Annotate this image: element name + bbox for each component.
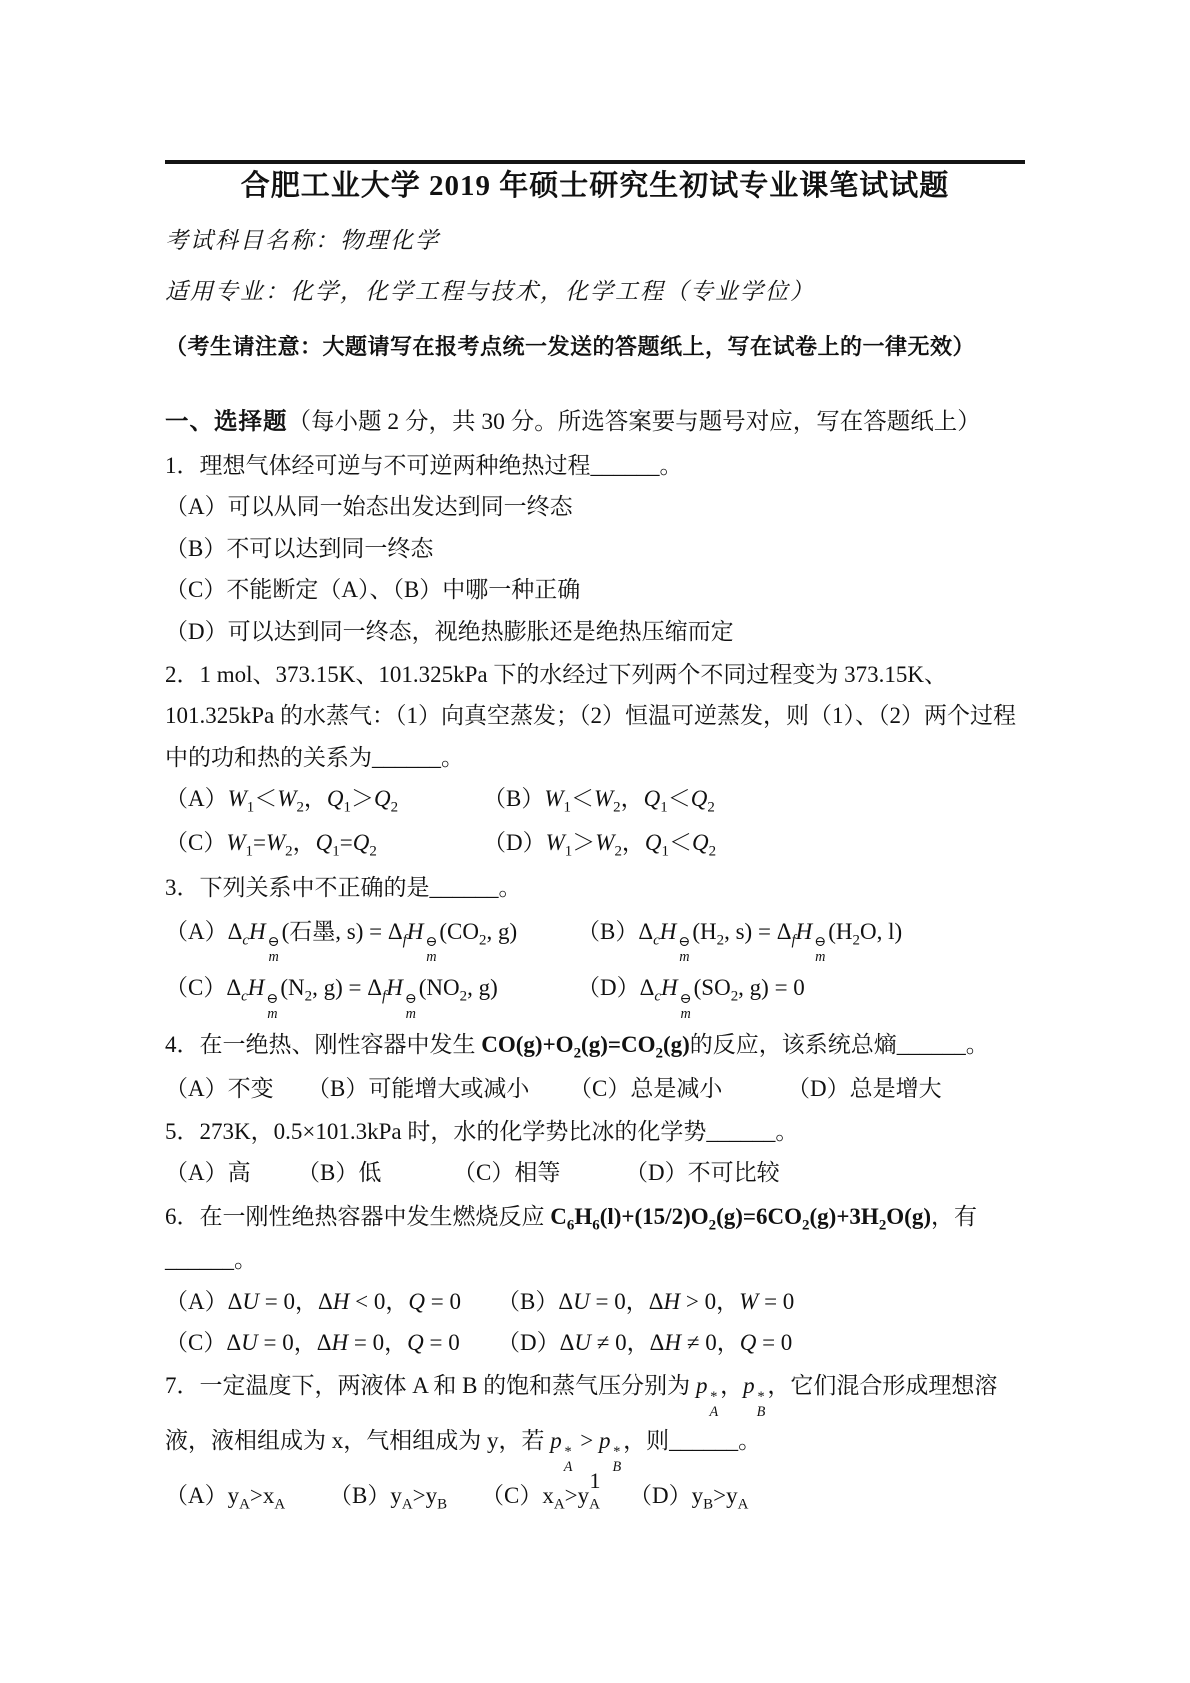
question-5-option-b: （B）低 [297,1152,453,1193]
page-content: 合肥工业大学 2019 年硕士研究生初试专业课笔试试题 考试科目名称：物理化学 … [165,160,1025,1518]
question-7-stem: 7．一定温度下，两液体 A 和 B 的饱和蒸气压分别为 p*A，p*B，它们混合… [165,1365,1025,1475]
question-2-stem: 2．1 mol、373.15K、101.325kPa 下的水经过下列两个不同过程… [165,654,1025,778]
majors-line: 适用专业：化学，化学工程与技术，化学工程（专业学位） [165,276,1025,308]
page-title: 合肥工业大学 2019 年硕士研究生初试专业课笔试试题 [165,168,1025,206]
question-6-option-c: （C）ΔU = 0，ΔH = 0，Q = 0 [165,1322,497,1363]
page-number: 1 [0,1468,1190,1494]
question-2-option-a: （A）W1＜W2，Q1＞Q2 [165,778,483,822]
question-5-option-c: （C）相等 [453,1152,625,1193]
question-1-option-d: （D）可以达到同一终态，视绝热膨胀还是绝热压缩而定 [165,611,1025,652]
question-5-option-d: （D）不可比较 [625,1152,1025,1193]
question-5-options: （A）高 （B）低 （C）相等 （D）不可比较 [165,1152,1025,1193]
question-4-option-c: （C）总是减小 [569,1068,787,1109]
exam-paper-page: 合肥工业大学 2019 年硕士研究生初试专业课笔试试题 考试科目名称：物理化学 … [0,0,1190,1683]
question-2-option-d: （D）W1＞W2，Q1＜Q2 [483,822,1025,866]
question-1-option-a: （A）可以从同一始态出发达到同一终态 [165,486,1025,527]
question-3-stem: 3．下列关系中不正确的是______。 [165,867,1025,908]
question-4-options: （A）不变 （B）可能增大或减小 （C）总是减小 （D）总是增大 [165,1068,1025,1109]
question-3-options: （A）ΔcH⊖m(石墨, s) = ΔfH⊖m(CO2, g) （B）ΔcH⊖m… [165,909,1025,1023]
question-1-stem: 1．理想气体经可逆与不可逆两种绝热过程______。 [165,445,1025,486]
question-4: 4．在一绝热、刚性容器中发生 CO(g)+O2(g)=CO2(g)的反应，该系统… [165,1024,1025,1109]
question-5: 5．273K，0.5×101.3kPa 时，水的化学势比冰的化学势______。… [165,1111,1025,1194]
header-rule [165,160,1025,164]
question-4-option-d: （D）总是增大 [787,1068,1025,1109]
question-6-option-d: （D）ΔU ≠ 0，ΔH ≠ 0，Q = 0 [497,1322,1025,1363]
question-6-option-a: （A）ΔU = 0，ΔH < 0，Q = 0 [165,1281,497,1322]
question-3-option-d: （D）ΔcH⊖m(SO2, g) = 0 [577,965,1025,1022]
question-2-options: （A）W1＜W2，Q1＞Q2 （B）W1＜W2，Q1＜Q2 （C）W1=W2，Q… [165,778,1025,865]
question-4-option-a: （A）不变 [165,1068,307,1109]
question-2-option-b: （B）W1＜W2，Q1＜Q2 [483,778,1025,822]
subject-line: 考试科目名称：物理化学 [165,225,1025,257]
question-1-option-b: （B）不可以达到同一终态 [165,528,1025,569]
question-6-stem: 6．在一刚性绝热容器中发生燃烧反应 C6H6(l)+(15/2)O2(g)=6C… [165,1196,1025,1281]
question-3-option-a: （A）ΔcH⊖m(石墨, s) = ΔfH⊖m(CO2, g) [165,909,577,966]
question-6-option-b: （B）ΔU = 0，ΔH > 0，W = 0 [497,1281,1025,1322]
question-4-stem: 4．在一绝热、刚性容器中发生 CO(g)+O2(g)=CO2(g)的反应，该系统… [165,1024,1025,1068]
question-1-option-c: （C）不能断定（A）、（B）中哪一种正确 [165,569,1025,610]
section-heading-rest: （每小题 2 分，共 30 分。所选答案要与题号对应，写在答题纸上） [288,409,981,435]
notice-line: （考生请注意：大题请写在报考点统一发送的答题纸上，写在试卷上的一律无效） [165,330,1025,361]
question-6-options: （A）ΔU = 0，ΔH < 0，Q = 0 （B）ΔU = 0，ΔH > 0，… [165,1281,1025,1364]
question-3-option-c: （C）ΔcH⊖m(N2, g) = ΔfH⊖m(NO2, g) [165,965,577,1022]
question-3-option-b: （B）ΔcH⊖m(H2, s) = ΔfH⊖m(H2O, l) [577,909,1025,966]
question-4-option-b: （B）可能增大或减小 [307,1068,569,1109]
question-2: 2．1 mol、373.15K、101.325kPa 下的水经过下列两个不同过程… [165,654,1025,865]
question-2-option-c: （C）W1=W2，Q1=Q2 [165,822,483,866]
section-heading: 一、选择题（每小题 2 分，共 30 分。所选答案要与题号对应，写在答题纸上） [165,403,1025,443]
question-6: 6．在一刚性绝热容器中发生燃烧反应 C6H6(l)+(15/2)O2(g)=6C… [165,1196,1025,1364]
question-3: 3．下列关系中不正确的是______。 （A）ΔcH⊖m(石墨, s) = Δf… [165,867,1025,1022]
question-7: 7．一定温度下，两液体 A 和 B 的饱和蒸气压分别为 p*A，p*B，它们混合… [165,1365,1025,1518]
question-5-option-a: （A）高 [165,1152,297,1193]
question-5-stem: 5．273K，0.5×101.3kPa 时，水的化学势比冰的化学势______。 [165,1111,1025,1152]
section-heading-bold: 一、选择题 [165,409,288,435]
question-1: 1．理想气体经可逆与不可逆两种绝热过程______。 （A）可以从同一始态出发达… [165,445,1025,652]
